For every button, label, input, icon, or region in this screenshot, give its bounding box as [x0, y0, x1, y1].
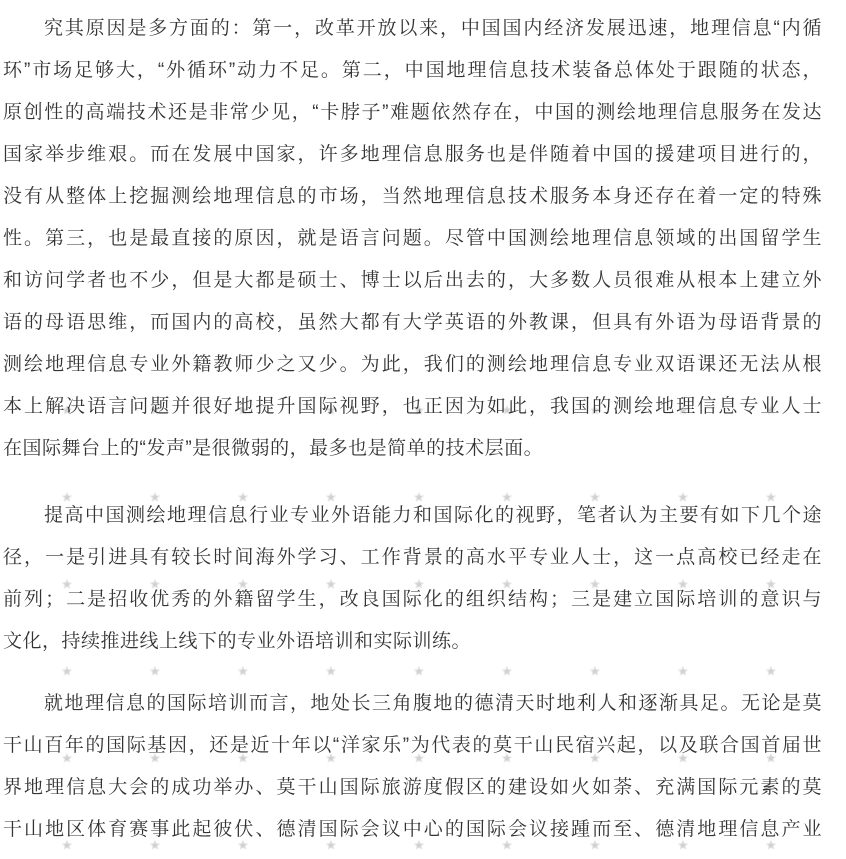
- text-line: 提高中国测绘地理信息行业专业外语能力和国际化的视野，笔者认为主要有如下几个途: [3, 495, 822, 537]
- text-line: 文化，持续推进线上线下的专业外语培训和实际训练。: [3, 621, 822, 663]
- text-line: 语的母语思维，而国内的高校，虽然大都有大学英语的外教课，但具有外语为母语背景的: [3, 302, 822, 344]
- text-line: 究其原因是多方面的：第一，改革开放以来，中国国内经济发展迅速，地理信息“内循: [3, 8, 822, 50]
- text-line: 干山地区体育赛事此起彼伏、德清国际会议中心的国际会议接踵而至、德清地理信息产业: [3, 809, 822, 851]
- text-line: 在国际舞台上的“发声”是很微弱的，最多也是简单的技术层面。: [3, 428, 822, 470]
- paragraph: 提高中国测绘地理信息行业专业外语能力和国际化的视野，笔者认为主要有如下几个途径，…: [3, 495, 822, 663]
- text-line: 测绘地理信息专业外籍教师少之又少。为此，我们的测绘地理信息专业双语课还无法从根: [3, 344, 822, 386]
- text-line: 本上解决语言问题并很好地提升国际视野，也正因为如此，我国的测绘地理信息专业人士: [3, 386, 822, 428]
- text-line: 环”市场足够大，“外循环”动力不足。第二，中国地理信息技术装备总体处于跟随的状态…: [3, 50, 822, 92]
- paragraph: 就地理信息的国际培训而言，地处长三角腹地的德清天时地利人和逐渐具足。无论是莫干山…: [3, 683, 822, 851]
- text-line: 前列；二是招收优秀的外籍留学生，改良国际化的组织结构；三是建立国际培训的意识与: [3, 579, 822, 621]
- text-line: 性。第三，也是最直接的原因，就是语言问题。尽管中国测绘地理信息领域的出国留学生: [3, 218, 822, 260]
- text-line: 界地理信息大会的成功举办、莫干山国际旅游度假区的建设如火如荼、充满国际元素的莫: [3, 767, 822, 809]
- text-line: 就地理信息的国际培训而言，地处长三角腹地的德清天时地利人和逐渐具足。无论是莫: [3, 683, 822, 725]
- paragraph: 究其原因是多方面的：第一，改革开放以来，中国国内经济发展迅速，地理信息“内循环”…: [3, 8, 822, 470]
- text-line: 和访问学者也不少，但是大都是硕士、博士以后出去的，大多数人员很难从根本上建立外: [3, 260, 822, 302]
- text-line: 没有从整体上挖掘测绘地理信息的市场，当然地理信息技术服务本身还存在着一定的特殊: [3, 176, 822, 218]
- text-line: 原创性的高端技术还是非常少见，“卡脖子”难题依然存在，中国的测绘地理信息服务在发…: [3, 92, 822, 134]
- document-content: 究其原因是多方面的：第一，改革开放以来，中国国内经济发展迅速，地理信息“内循环”…: [3, 8, 822, 851]
- text-line: 干山百年的国际基因，还是近十年以“洋家乐”为代表的莫干山民宿兴起，以及联合国首届…: [3, 725, 822, 767]
- document-page: ★★★★★★★★★★★★★★★★★★★★★★★★★★★★★★★★★★★★★★★★…: [0, 0, 846, 859]
- text-line: 国家举步维艰。而在发展中国家，许多地理信息服务也是伴随着中国的援建项目进行的，: [3, 134, 822, 176]
- text-line: 径，一是引进具有较长时间海外学习、工作背景的高水平专业人士，这一点高校已经走在: [3, 537, 822, 579]
